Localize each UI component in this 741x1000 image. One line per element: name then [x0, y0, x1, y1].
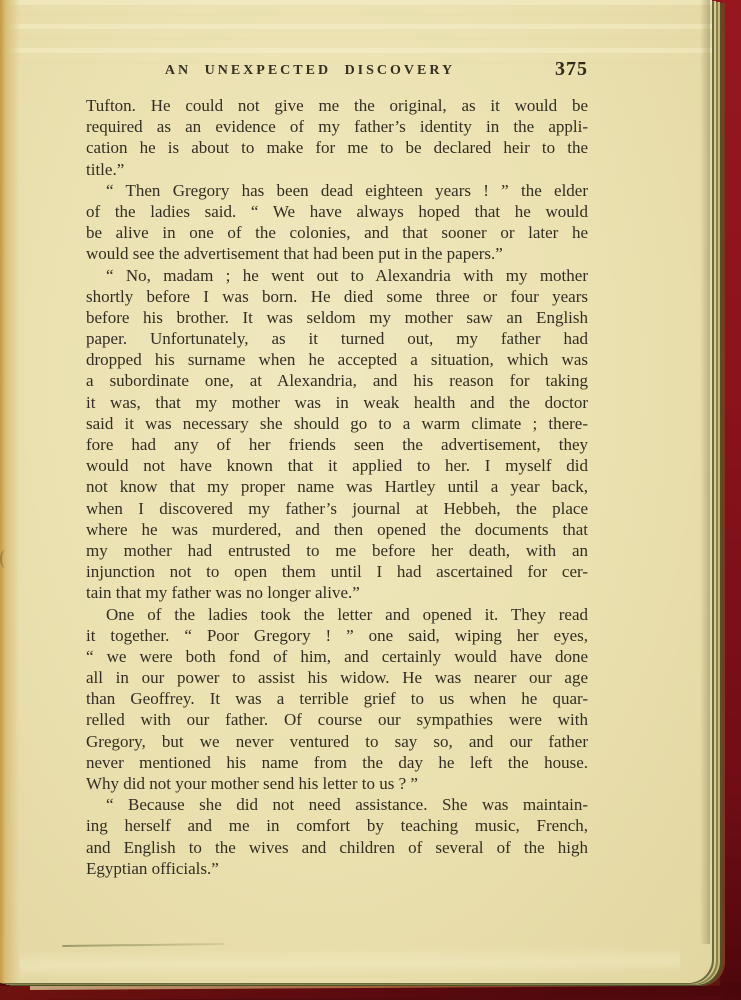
- page-title: AN UNEXPECTED DISCOVERY: [88, 63, 532, 79]
- page-bottom-highlight: [20, 946, 680, 979]
- text-line: “ we were both fond of him, and certainl…: [86, 646, 588, 667]
- text-line: and English to the wives and children of…: [86, 837, 588, 858]
- text-line: required as an evidence of my father’s i…: [86, 116, 588, 137]
- text-line: Gregory, but we never ventured to say so…: [86, 731, 588, 752]
- page-edge-crease: [700, 0, 710, 944]
- text-line: my mother had entrusted to me before her…: [86, 540, 588, 561]
- text-line: Tufton. He could not give me the origina…: [86, 95, 588, 116]
- text-line: of the ladies said. “ We have always hop…: [86, 201, 588, 222]
- text-line: would not have known that it applied to …: [86, 455, 588, 476]
- running-head: AN UNEXPECTED DISCOVERY 375: [88, 60, 588, 82]
- text-line: paper. Unfortunately, as it turned out, …: [86, 328, 588, 349]
- text-line: One of the ladies took the letter and op…: [86, 604, 588, 625]
- book-cover-right: [721, 0, 741, 1000]
- page-number: 375: [555, 58, 588, 81]
- text-line: said it was necessary she should go to a…: [86, 413, 588, 434]
- spine-gutter: [0, 0, 22, 983]
- text-line: be alive in one of the colonies, and tha…: [86, 222, 588, 243]
- text-line: where he was murdered, and then opened t…: [86, 519, 588, 540]
- paragraph: “ Then Gregory has been dead eighteen ye…: [86, 180, 588, 265]
- paragraph: “ Because she did not need assistance. S…: [86, 794, 588, 879]
- text-line: all in our power to assist his widow. He…: [86, 667, 588, 688]
- text-line: never mentioned his name from the day he…: [86, 752, 588, 773]
- text-line: before his brother. It was seldom my mot…: [86, 307, 588, 328]
- text-line: “ Because she did not need assistance. S…: [86, 794, 588, 815]
- text-line: it together. “ Poor Gregory ! ” one said…: [86, 625, 588, 646]
- text-line: Why did not your mother send his letter …: [86, 773, 588, 794]
- paragraph: “ No, madam ; he went out to Alexandria …: [86, 265, 588, 604]
- text-line: Egyptian officials.”: [86, 858, 588, 879]
- text-line: shortly before I was born. He died some …: [86, 286, 588, 307]
- paragraph: One of the ladies took the letter and op…: [86, 604, 588, 795]
- text-line: tain that my father was no longer alive.…: [86, 582, 588, 603]
- text-line: when I discovered my father’s journal at…: [86, 498, 588, 519]
- text-line: “ Then Gregory has been dead eighteen ye…: [86, 180, 588, 201]
- text-line: than Geoffrey. It was a terrible grief t…: [86, 688, 588, 709]
- book-page: AN UNEXPECTED DISCOVERY 375 Tufton. He c…: [0, 0, 712, 983]
- text-line: would see the advertisement that had bee…: [86, 243, 588, 264]
- text-line: dropped his surname when he accepted a s…: [86, 349, 588, 370]
- paragraph: Tufton. He could not give me the origina…: [86, 95, 588, 180]
- text-line: not know that my proper name was Hartley…: [86, 476, 588, 497]
- text-block: Tufton. He could not give me the origina…: [86, 95, 588, 879]
- text-line: title.”: [86, 159, 588, 180]
- ink-mark: [0, 550, 10, 568]
- text-line: “ No, madam ; he went out to Alexandria …: [86, 265, 588, 286]
- text-line: ing herself and me in comfort by teachin…: [86, 815, 588, 836]
- text-line: injunction not to open them until I had …: [86, 561, 588, 582]
- text-line: fore had any of her friends seen the adv…: [86, 434, 588, 455]
- text-line: a subordinate one, at Alexandria, and hi…: [86, 370, 588, 391]
- text-line: relled with our father. Of course our sy…: [86, 709, 588, 730]
- next-page-edge-line: [62, 943, 224, 947]
- book-photo: AN UNEXPECTED DISCOVERY 375 Tufton. He c…: [0, 0, 741, 1000]
- text-line: it was, that my mother was in weak healt…: [86, 392, 588, 413]
- text-line: cation he is about to make for me to be …: [86, 137, 588, 158]
